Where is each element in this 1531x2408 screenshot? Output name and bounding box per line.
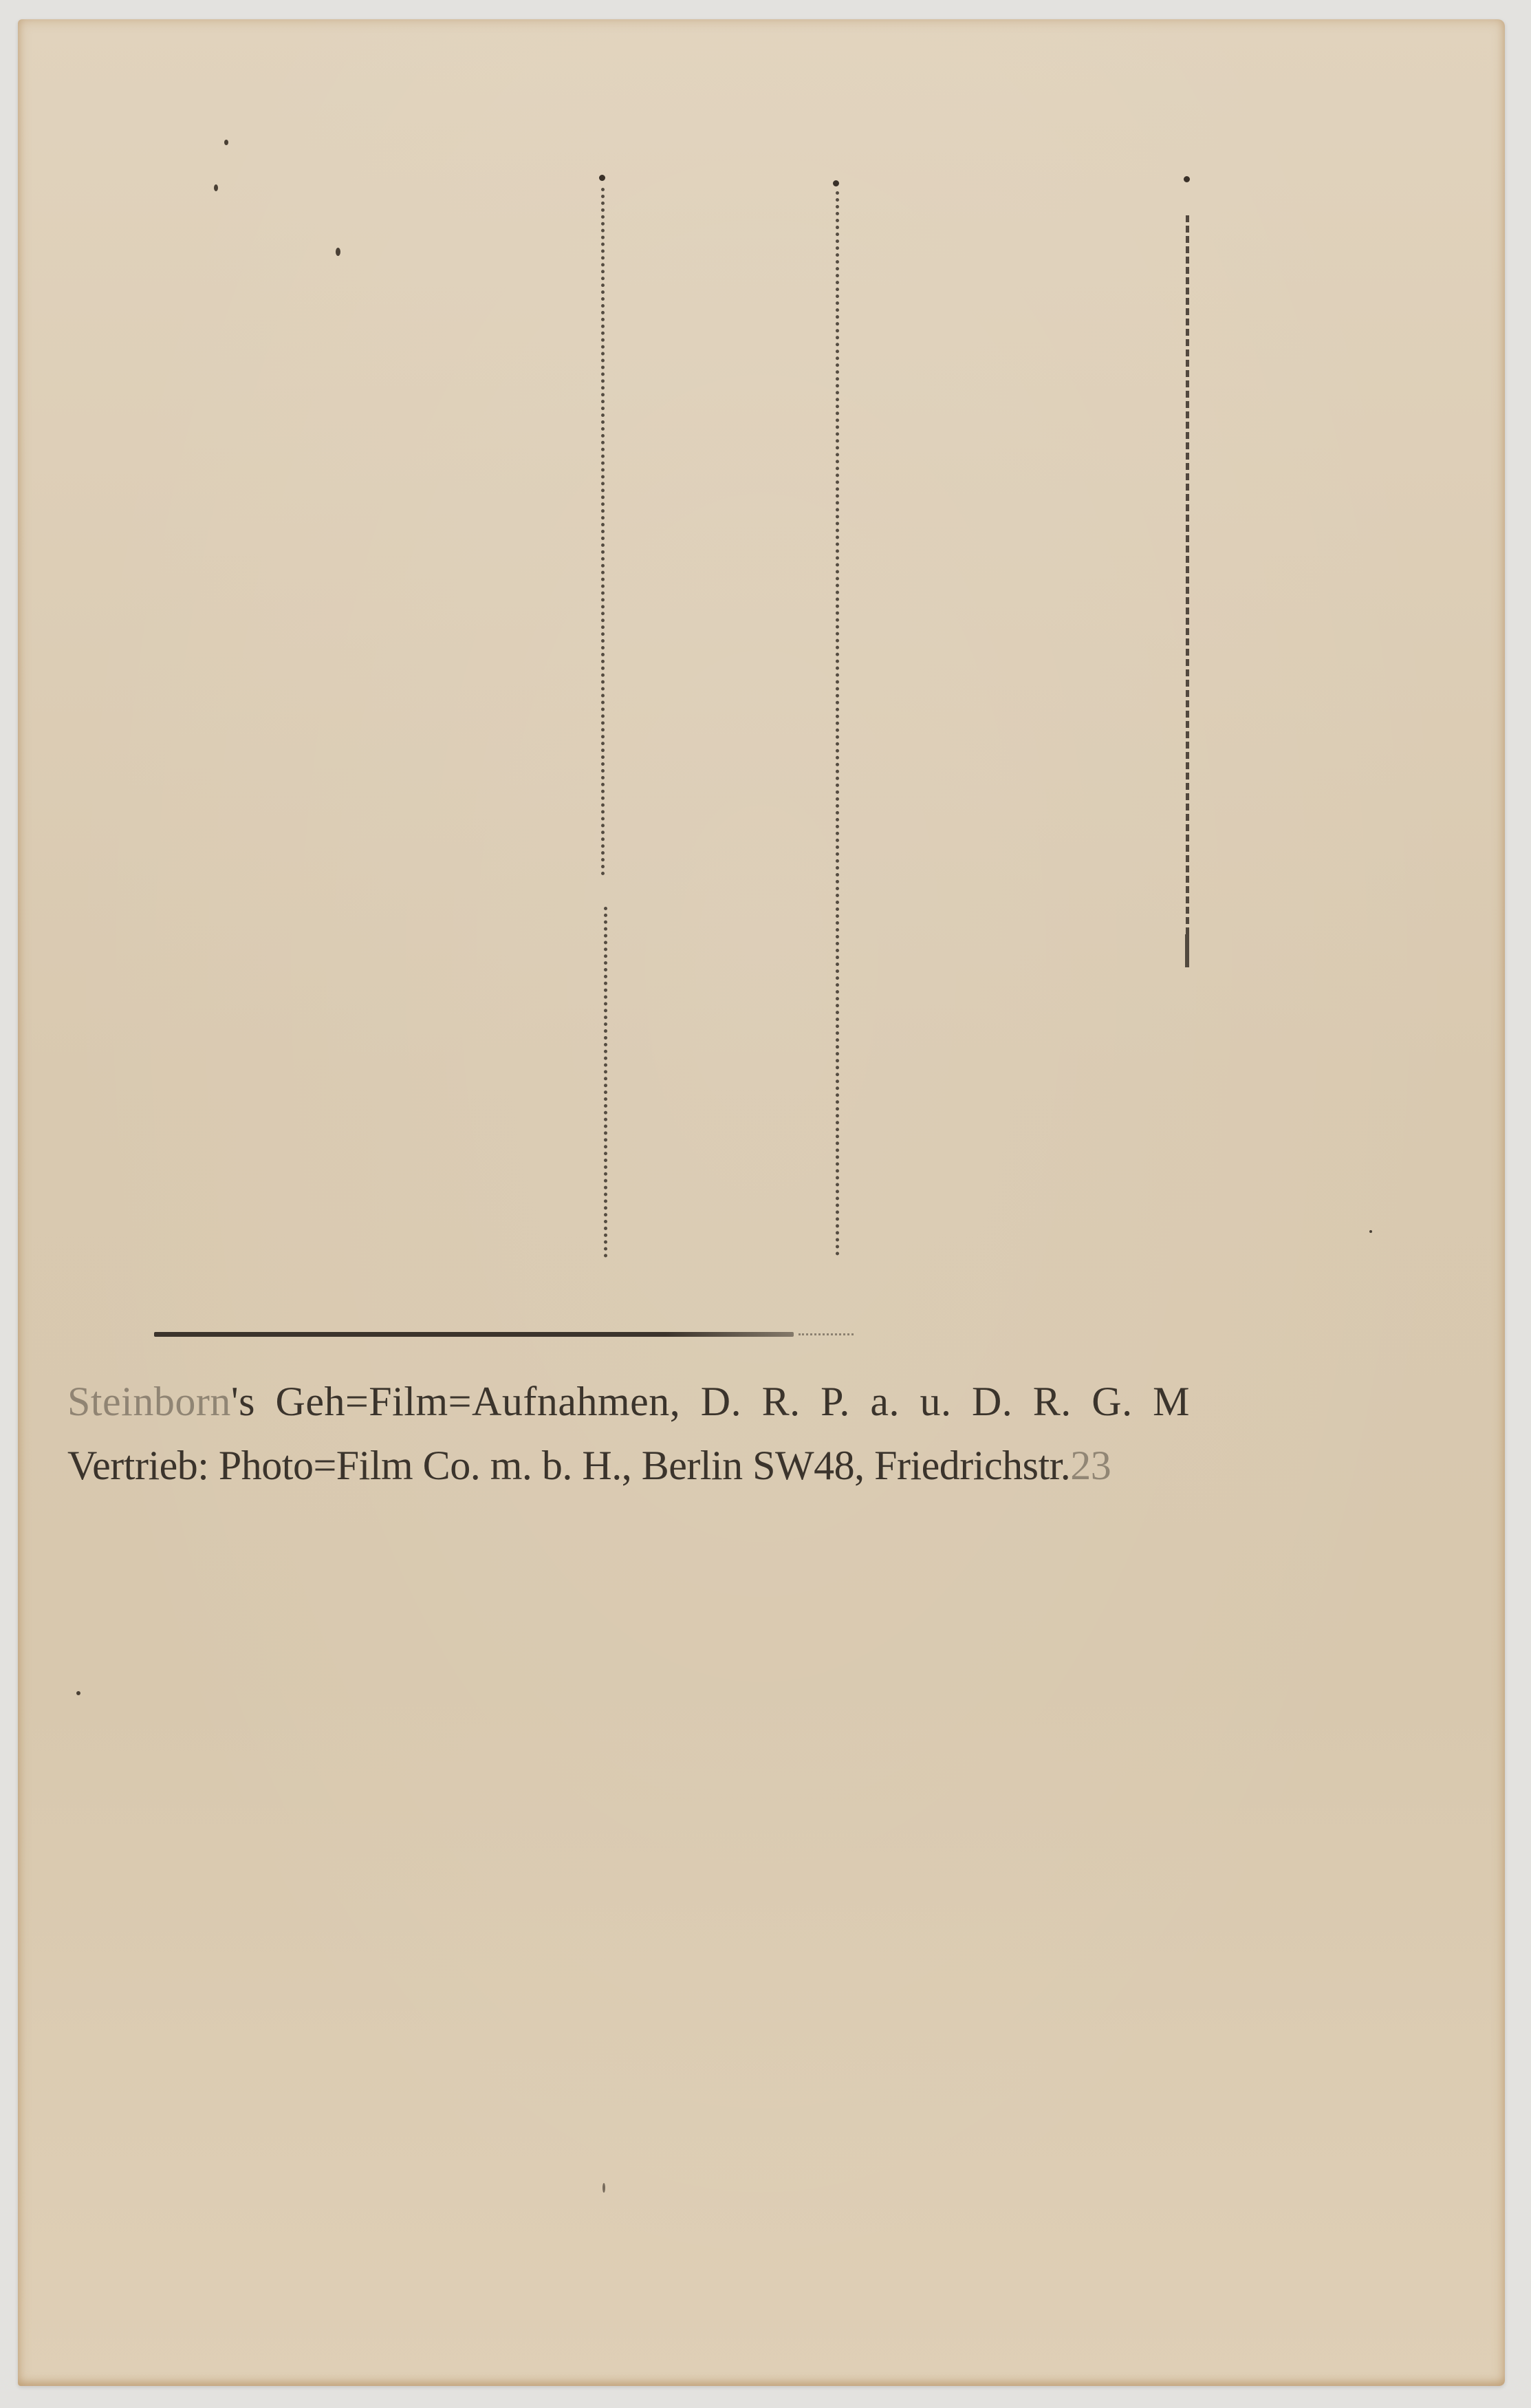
ink-speck	[224, 140, 228, 145]
dotted-divider-1-lower	[604, 907, 607, 1258]
divider-start-dot	[833, 180, 839, 186]
horizontal-rule-fade	[799, 1333, 854, 1338]
imprint-faded-suffix: 23	[1070, 1443, 1111, 1488]
ink-speck	[76, 1691, 80, 1695]
divider-start-dot	[599, 175, 605, 181]
ink-speck	[214, 184, 218, 191]
dotted-divider-2	[836, 191, 839, 1256]
imprint-line-2: Vertrieb: Photo=Film Co. m. b. H., Berli…	[67, 1442, 1111, 1490]
horizontal-rule	[154, 1332, 794, 1337]
ink-speck	[602, 2183, 605, 2193]
divider-start-dot	[1184, 176, 1190, 182]
imprint-text: Vertrieb: Photo=Film Co. m. b. H., Berli…	[67, 1443, 1070, 1488]
dashed-divider-3	[1186, 215, 1189, 934]
ink-speck	[336, 248, 340, 256]
postcard-back: Steinborn's Geh=Film=Aufnahmen, D. R. P.…	[18, 19, 1505, 2386]
dashed-divider-3-tail	[1185, 934, 1189, 967]
dotted-divider-1-upper	[601, 188, 605, 876]
imprint-faded-prefix: Steinborn	[67, 1379, 231, 1424]
imprint-line-1: Steinborn's Geh=Film=Aufnahmen, D. R. P.…	[67, 1378, 1190, 1426]
imprint-text: 's Geh=Film=Aufnahmen, D. R. P. a. u. D.…	[231, 1379, 1190, 1424]
ink-speck	[1369, 1230, 1372, 1233]
